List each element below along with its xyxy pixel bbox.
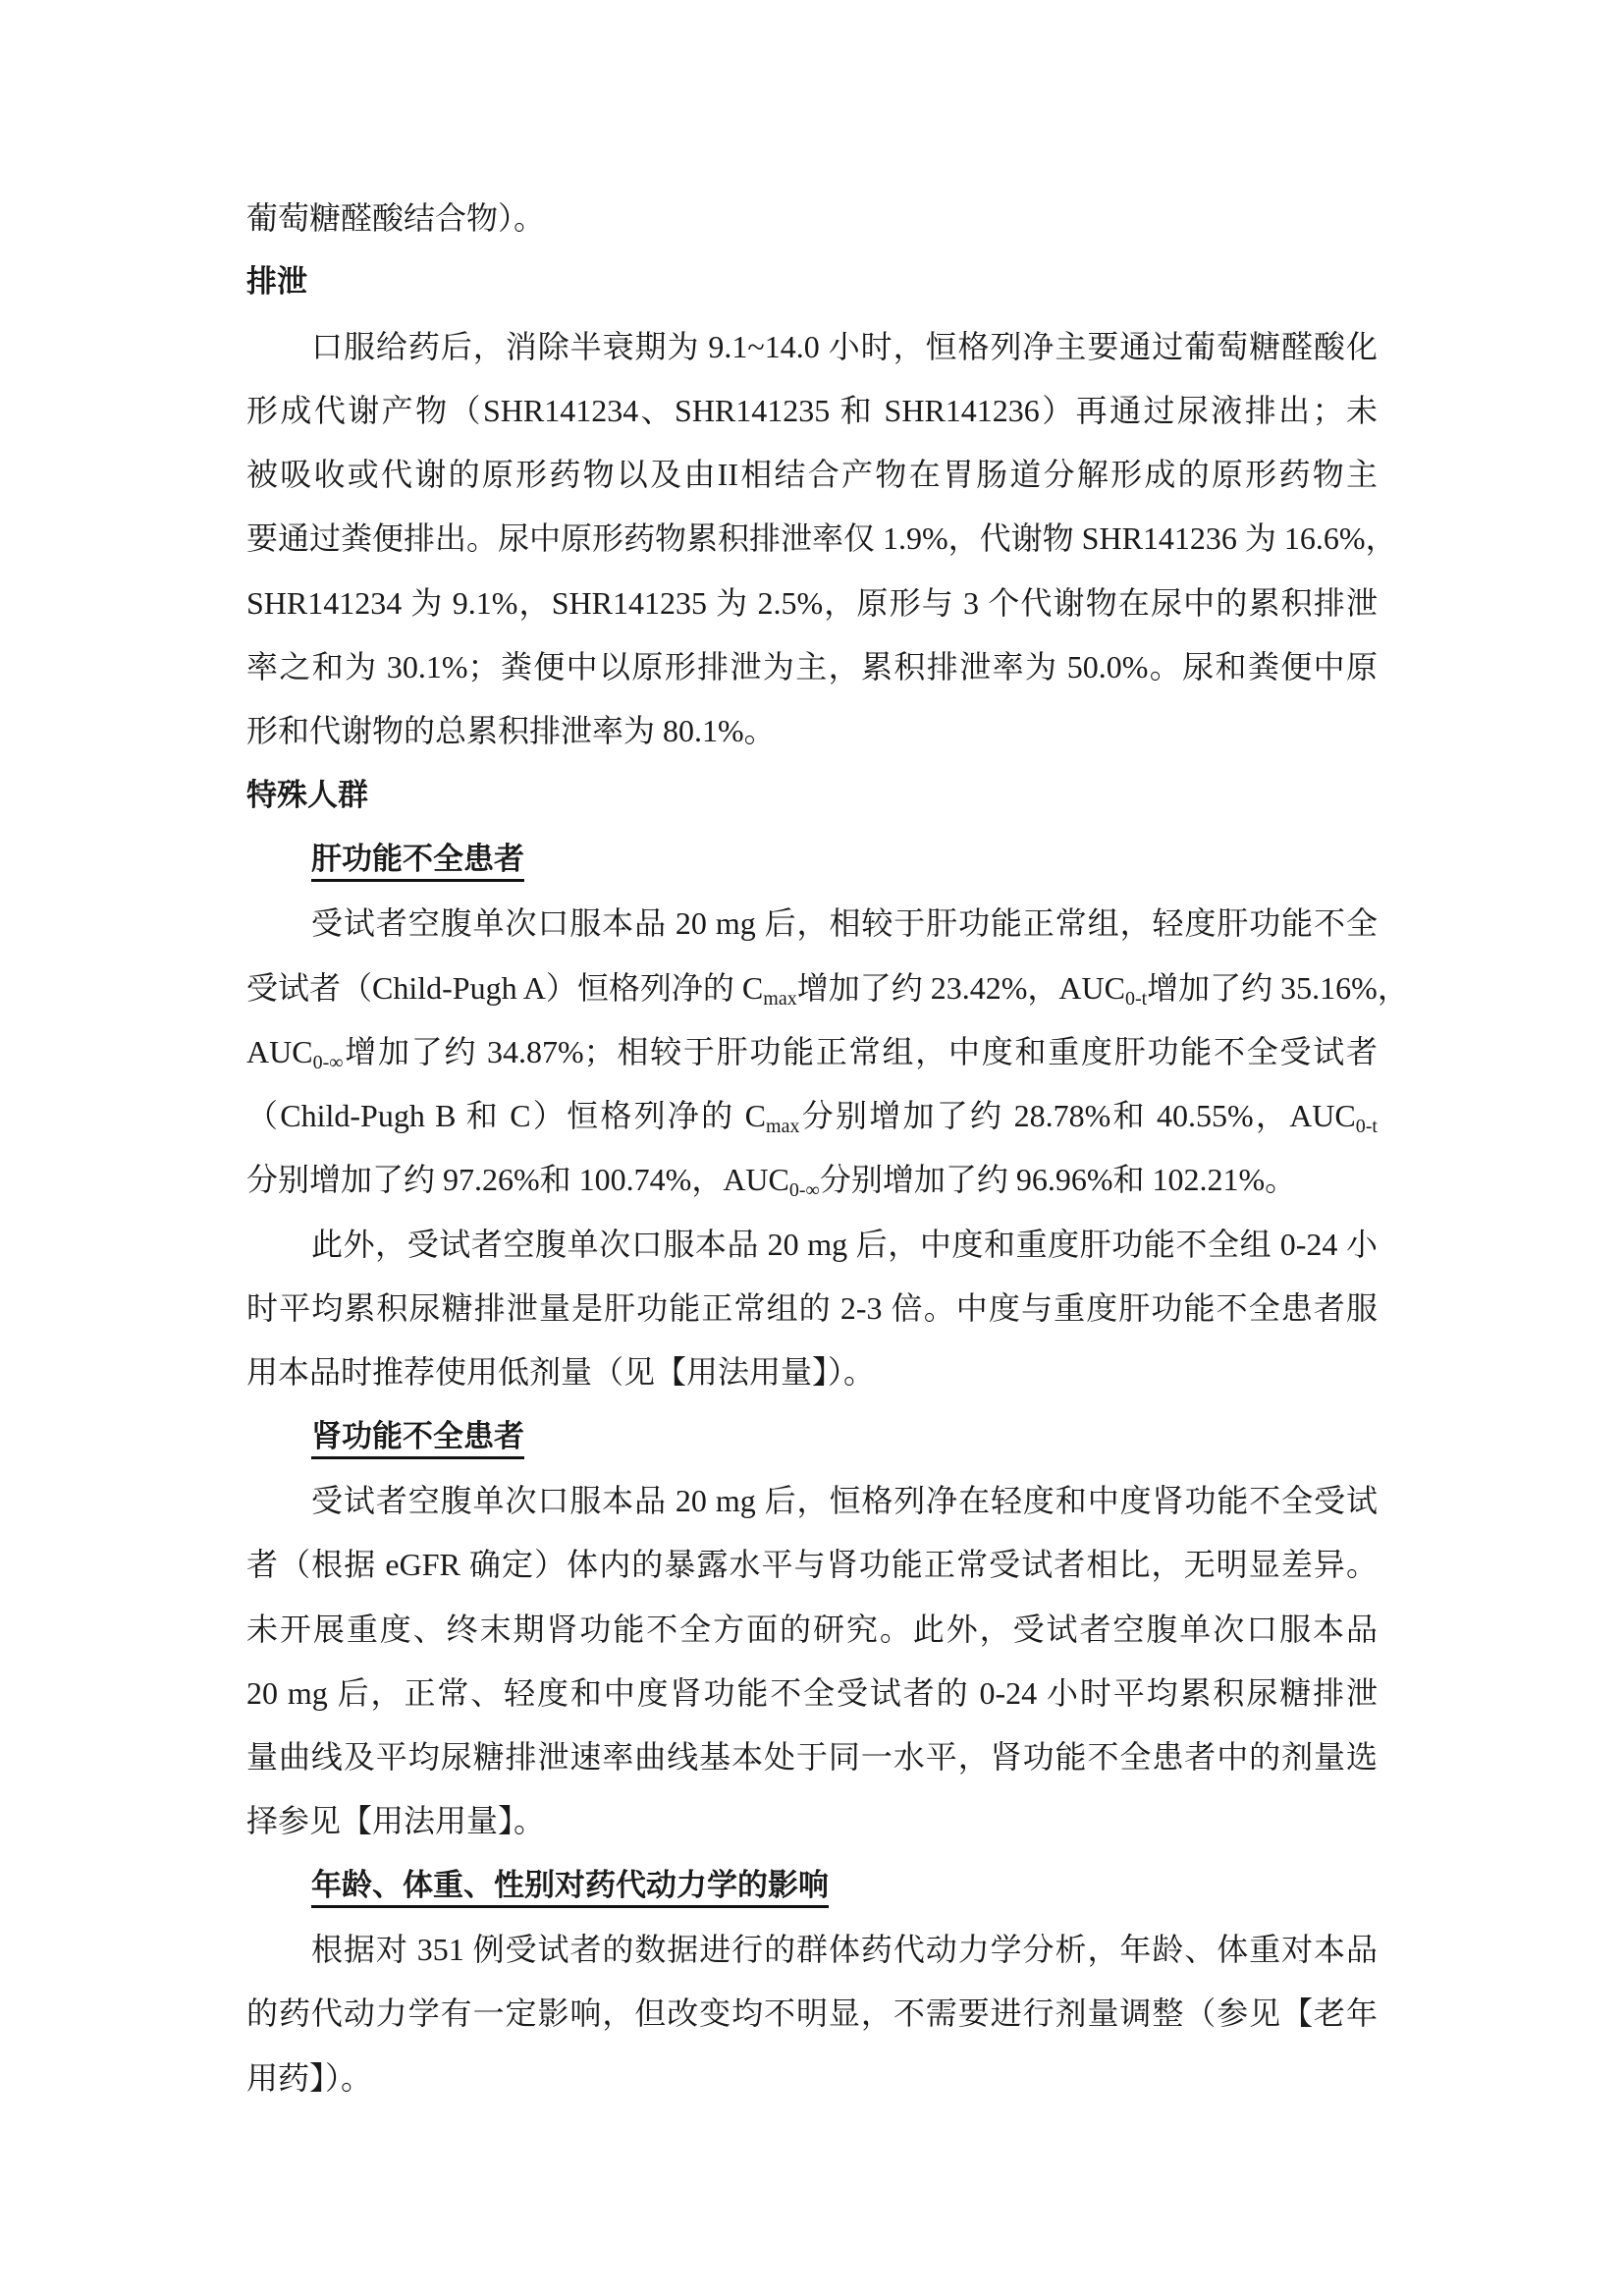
paragraph-line: 用药】）。 xyxy=(246,2047,1378,2110)
subheading-hepatic-impairment: 肝功能不全患者 xyxy=(246,828,1378,892)
text-run: 分别增加了约 96.96%和 102.21%。 xyxy=(820,1162,1296,1197)
subscript: 0-t xyxy=(1125,988,1147,1010)
text-run: 增加了约 35.16%， xyxy=(1147,970,1409,1006)
paragraph-line: 根据对 351 例受试者的数据进行的群体药代动力学分析，年龄、体重对本品 xyxy=(246,1918,1378,1982)
paragraph-line: AUC0-∞增加了约 34.87%；相较于肝功能正常组，中度和重度肝功能不全受试… xyxy=(246,1020,1378,1084)
paragraph-line: （Child-Pugh B 和 C）恒格列净的 Cmax分别增加了约 28.78… xyxy=(246,1084,1378,1148)
paragraph-line: 受试者空腹单次口服本品 20 mg 后，恒格列净在轻度和中度肾功能不全受试 xyxy=(246,1469,1378,1533)
text-run: 增加了约 34.87%；相较于肝功能正常组，中度和重度肝功能不全受试者 xyxy=(343,1034,1378,1069)
subscript: max xyxy=(763,988,796,1010)
paragraph-line: 要通过粪便排出。尿中原形药物累积排泄率仅 1.9%，代谢物 SHR141236 … xyxy=(246,507,1378,571)
subheading-renal-impairment: 肾功能不全患者 xyxy=(246,1405,1378,1469)
paragraph-line: SHR141234 为 9.1%，SHR141235 为 2.5%，原形与 3 … xyxy=(246,572,1378,635)
text-run: 分别增加了约 97.26%和 100.74%，AUC xyxy=(246,1162,789,1197)
hepatic-paragraph-1: 受试者空腹单次口服本品 20 mg 后，相较于肝功能正常组，轻度肝功能不全 受试… xyxy=(246,892,1378,1212)
subscript: max xyxy=(766,1116,799,1137)
text-run: 分别增加了约 28.78%和 40.55%，AUC xyxy=(799,1098,1355,1133)
age-weight-sex-paragraph: 根据对 351 例受试者的数据进行的群体药代动力学分析，年龄、体重对本品 的药代… xyxy=(246,1918,1378,2110)
paragraph-line: 率之和为 30.1%；粪便中以原形排泄为主，累积排泄率为 50.0%。尿和粪便中… xyxy=(246,635,1378,699)
subheading-age-weight-sex: 年龄、体重、性别对药代动力学的影响 xyxy=(246,1854,1378,1918)
paragraph-line: 受试者（Child-Pugh A）恒格列净的 Cmax增加了约 23.42%，A… xyxy=(246,957,1378,1020)
paragraph-line: 形成代谢产物（SHR141234、SHR141235 和 SHR141236）再… xyxy=(246,379,1378,443)
paragraph-line: 用本品时推荐使用低剂量（见【用法用量】）。 xyxy=(246,1340,1378,1404)
subheading-text: 肾功能不全患者 xyxy=(311,1419,524,1459)
subheading-text: 肝功能不全患者 xyxy=(311,842,524,882)
subheading-text: 年龄、体重、性别对药代动力学的影响 xyxy=(311,1868,829,1908)
paragraph-line: 形和代谢物的总累积排泄率为 80.1%。 xyxy=(246,699,1378,763)
paragraph-line: 分别增加了约 97.26%和 100.74%，AUC0-∞分别增加了约 96.9… xyxy=(246,1148,1378,1212)
text-run: AUC xyxy=(246,1034,313,1069)
paragraph-line: 者（根据 eGFR 确定）体内的暴露水平与肾功能正常受试者相比，无明显差异。 xyxy=(246,1533,1378,1597)
paragraph-line: 受试者空腹单次口服本品 20 mg 后，相较于肝功能正常组，轻度肝功能不全 xyxy=(246,892,1378,956)
paragraph-line: 20 mg 后，正常、轻度和中度肾功能不全受试者的 0-24 小时平均累积尿糖排… xyxy=(246,1662,1378,1725)
paragraph-line: 择参见【用法用量】。 xyxy=(246,1789,1378,1853)
document-page: 葡萄糖醛酸结合物）。 排泄 口服给药后，消除半衰期为 9.1~14.0 小时，恒… xyxy=(246,187,1378,2110)
paragraph-line: 未开展重度、终末期肾功能不全方面的研究。此外，受试者空腹单次口服本品 xyxy=(246,1598,1378,1662)
paragraph-line: 被吸收或代谢的原形药物以及由II相结合产物在胃肠道分解形成的原形药物主 xyxy=(246,443,1378,507)
text-run: 增加了约 23.42%，AUC xyxy=(797,970,1125,1006)
renal-paragraph: 受试者空腹单次口服本品 20 mg 后，恒格列净在轻度和中度肾功能不全受试 者（… xyxy=(246,1469,1378,1854)
section-heading-excretion: 排泄 xyxy=(246,250,1378,314)
text-run: 受试者（Child-Pugh A）恒格列净的 C xyxy=(246,970,763,1006)
excretion-paragraph: 口服给药后，消除半衰期为 9.1~14.0 小时，恒格列净主要通过葡萄糖醛酸化 … xyxy=(246,315,1378,764)
paragraph-line: 此外，受试者空腹单次口服本品 20 mg 后，中度和重度肝功能不全组 0-24 … xyxy=(246,1213,1378,1277)
section-heading-special-populations: 特殊人群 xyxy=(246,764,1378,828)
paragraph-line: 葡萄糖醛酸结合物）。 xyxy=(246,187,1378,250)
text-run: （Child-Pugh B 和 C）恒格列净的 C xyxy=(246,1098,766,1133)
paragraph-line: 时平均累积尿糖排泄量是肝功能正常组的 2-3 倍。中度与重度肝功能不全患者服 xyxy=(246,1277,1378,1340)
paragraph-line: 的药代动力学有一定影响，但改变均不明显，不需要进行剂量调整（参见【老年 xyxy=(246,1982,1378,2046)
paragraph-line: 口服给药后，消除半衰期为 9.1~14.0 小时，恒格列净主要通过葡萄糖醛酸化 xyxy=(246,315,1378,379)
paragraph-line: 量曲线及平均尿糖排泄速率曲线基本处于同一水平，肾功能不全患者中的剂量选 xyxy=(246,1725,1378,1789)
subscript: 0-∞ xyxy=(313,1052,344,1073)
subscript: 0-t xyxy=(1356,1116,1378,1137)
hepatic-paragraph-2: 此外，受试者空腹单次口服本品 20 mg 后，中度和重度肝功能不全组 0-24 … xyxy=(246,1213,1378,1405)
subscript: 0-∞ xyxy=(789,1179,820,1201)
